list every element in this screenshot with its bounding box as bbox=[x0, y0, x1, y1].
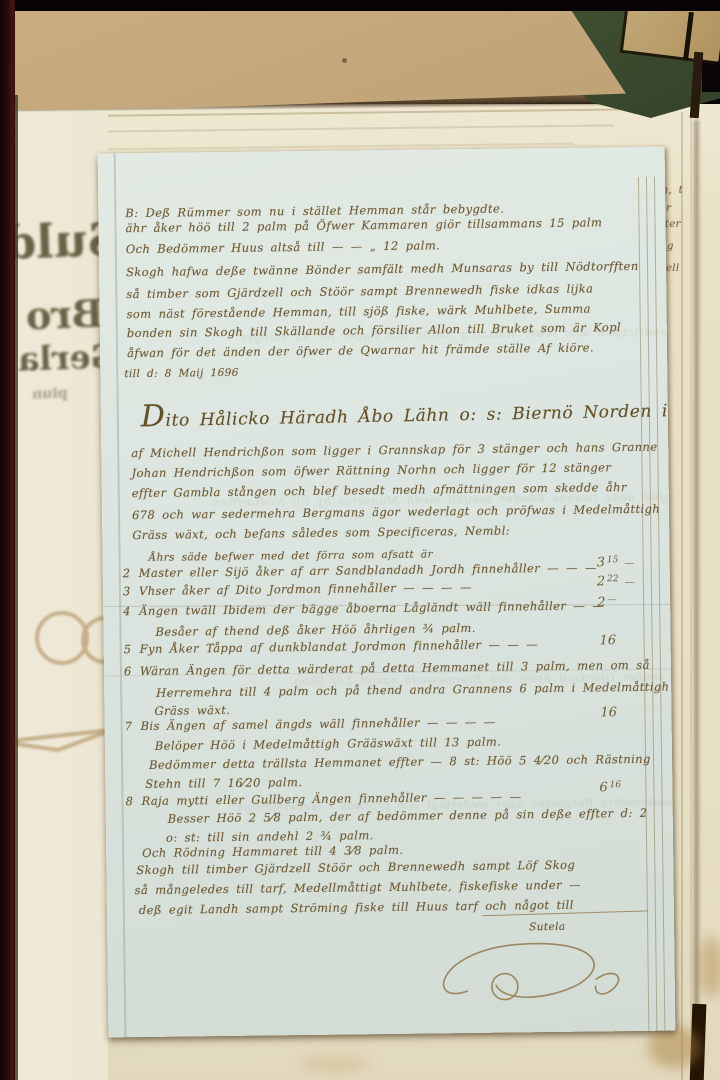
amount-value: 616 bbox=[599, 780, 621, 795]
stain-blob bbox=[300, 1056, 370, 1072]
paper-speck bbox=[342, 58, 347, 63]
body-line: Johan Hendrichßon som öfwer Rättning Nor… bbox=[131, 462, 611, 479]
closing-line: Skogh till timber Gjärdzell Stöör och Br… bbox=[136, 860, 575, 877]
manuscript-sheet: Johan Hendrichßon som öfwer Rättning Nor… bbox=[98, 147, 676, 1038]
signature-flourish bbox=[407, 927, 668, 1030]
item-number: 6 bbox=[124, 666, 132, 678]
item-line: Bis Ängen af samel ängds wäll finnehålle… bbox=[141, 717, 496, 733]
item-subline: Bedömmer detta trällsta Hemmanet effter … bbox=[149, 754, 651, 772]
item-number: 4 bbox=[123, 606, 131, 618]
item-subline: Besser Höö 2 5⁄8 palm, der af bedömmer d… bbox=[168, 808, 648, 825]
item-line: Ängen twäll Ibidem der bägge åboerna Låg… bbox=[139, 600, 604, 617]
amount-value: 222— bbox=[597, 574, 635, 589]
intro-line: som näst förestående Hemman, till sjöß f… bbox=[127, 303, 591, 320]
intro-line: ähr åker höö till 2 palm på Öfwer Kammar… bbox=[125, 217, 602, 234]
intro-line: åfwan för det änden der öfwer de Qwarnar… bbox=[127, 342, 594, 359]
amount-main: 6 bbox=[599, 780, 607, 795]
amount-main: 3 bbox=[597, 555, 605, 570]
intro-line: så timber som Gjärdzell och Stöör sampt … bbox=[126, 283, 593, 300]
amount-value: 16 bbox=[600, 633, 617, 648]
amount-sup: 22 bbox=[607, 574, 619, 584]
item-number: 2 bbox=[123, 568, 131, 580]
closing-line: så mångeledes till tarf, Medellmåttigt M… bbox=[135, 880, 581, 897]
item-line: Fyn Åker Tåppa af dunkblandat Jordmon fi… bbox=[140, 639, 539, 655]
item-number: 8 bbox=[125, 796, 133, 808]
ghost-letter: piun bbox=[32, 385, 68, 402]
item-subline: Och Rödning Hammaret till 4 3⁄8 palm. bbox=[142, 845, 403, 860]
item-subline: Besåer af thend deß åker Höö åhrligen ¾ … bbox=[155, 623, 476, 638]
amount-value: 16 bbox=[600, 705, 617, 720]
item-number: 3 bbox=[123, 586, 131, 598]
amount-main: 2 bbox=[597, 574, 605, 589]
amount-sup: — bbox=[607, 595, 616, 605]
item-subline: Gräss wäxt. bbox=[154, 705, 230, 717]
item-subline: o: st: till sin andehl 2 ¾ palm. bbox=[166, 830, 374, 844]
item-line: Vhser åker af Dito Jordmon finnehåller —… bbox=[139, 582, 472, 598]
spine-edge bbox=[15, 95, 18, 1080]
frame-top bbox=[0, 0, 720, 11]
body-line: Gräss wäxt, och befans således som Speci… bbox=[132, 525, 510, 541]
amount-sup: 16 bbox=[610, 780, 622, 790]
intro-line: Skogh hafwa deße twänne Bönder samfält m… bbox=[126, 261, 639, 279]
body-line: af Michell Hendrichßon som ligger i Gran… bbox=[131, 442, 657, 460]
stain-blob bbox=[698, 936, 720, 998]
amount-value: 2— bbox=[597, 595, 616, 610]
ghost-letter: Bro bbox=[25, 291, 104, 339]
book-spine bbox=[0, 0, 15, 1080]
item-subline: Herremehra till 4 palm och på thend andr… bbox=[156, 682, 669, 700]
amount-value: 315— bbox=[597, 555, 635, 570]
amount-sup: 15 bbox=[607, 555, 619, 565]
amount-main: 16 bbox=[600, 705, 617, 720]
archive-photo: Suld Bro Gerla piun C ſalin, t Ber winst… bbox=[0, 0, 720, 1080]
item-number: 5 bbox=[124, 644, 132, 656]
amount-dash: — bbox=[624, 558, 634, 569]
item-number: 7 bbox=[125, 721, 133, 733]
amount-main: 2 bbox=[597, 595, 605, 610]
amount-main: 16 bbox=[600, 633, 617, 648]
body-line: Åhrs säde befwer med det förra som afsat… bbox=[149, 549, 434, 563]
item-subline: Belöper Höö i Medelmåttigh Grääswäxt til… bbox=[155, 737, 502, 753]
section-heading: Dito Hålicko Häradh Åbo Lähn o: s: Biern… bbox=[141, 389, 676, 432]
amount-dash: — bbox=[625, 577, 635, 588]
stain-blob bbox=[648, 1026, 700, 1068]
body-line: 678 och war sedermehra Bergmans ägor wed… bbox=[132, 504, 660, 522]
item-subline: Stehn till 7 16⁄20 palm. bbox=[145, 777, 302, 790]
date-line: till d: 8 Maij 1696 bbox=[124, 368, 239, 380]
intro-line: Och Bedömmer Huus altså till — — „ 12 pa… bbox=[126, 240, 441, 255]
item-line: Master eller Sijö åker af arr Sandblanda… bbox=[139, 562, 597, 579]
